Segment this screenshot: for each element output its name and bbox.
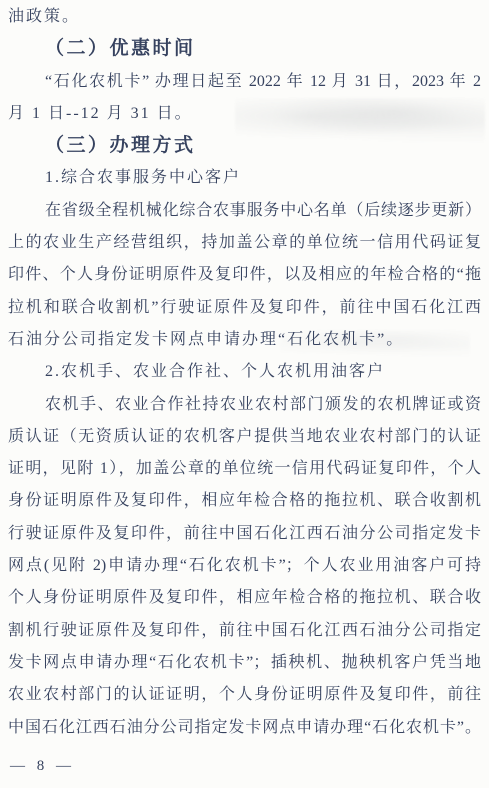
paragraph-line: 在省级全程机械化综合农事服务中心名单（后续逐步更新） (8, 195, 481, 227)
paragraph-line: “石化农机卡” 办理日起至 2022 年 12 月 31 日，2023 年 2 (8, 66, 481, 98)
paragraph-line: 证明，见附 1），加盖公章的单位统一信用代码证复印件，个人 (8, 453, 481, 485)
section-heading: （三）办理方式 (8, 130, 481, 162)
paragraph-line: 行驶证原件及复印件，前往中国石化江西石油分公司指定发卡 (8, 518, 481, 550)
paragraph-line: 割机行驶证原件及复印件，前往中国石化江西石油分公司指定 (8, 615, 481, 647)
paragraph-line: 石油分公司指定发卡网点申请办理“石化农机卡”。 (8, 324, 481, 356)
paragraph-line: 拉机和联合收割机”行驶证原件及复印件，前往中国石化江西 (8, 292, 481, 324)
paragraph-line: 农业农村部门的认证证明，个人身份证明原件及复印件，前往 (8, 679, 481, 711)
list-item-title: 2.农机手、农业合作社、个人农机用油客户 (8, 356, 481, 388)
list-item-title: 1.综合农事服务中心客户 (8, 162, 481, 194)
paragraph-line: 网点(见附 2)申请办理“石化农机卡”；个人农业用油客户可持 (8, 550, 481, 582)
paragraph-line: 发卡网点申请办理“石化农机卡”；插秧机、抛秧机客户凭当地 (8, 647, 481, 679)
paragraph-line: 上的农业生产经营组织，持加盖公章的单位统一信用代码证复 (8, 227, 481, 259)
page-number: — 8 — (10, 755, 75, 777)
paragraph-line: 个人身份证明原件及复印件，相应年检合格的拖拉机、联合收 (8, 582, 481, 614)
paragraph-line: 质认证（无资质认证的农机客户提供当地农业农村部门的认证 (8, 421, 481, 453)
paragraph-line: 农机手、农业合作社持农业农村部门颁发的农机牌证或资 (8, 389, 481, 421)
paragraph-line: 身份证明原件及复印件，相应年检合格的拖拉机、联合收割机 (8, 485, 481, 517)
paragraph-line: 印件、个人身份证明原件及复印件，以及相应的年检合格的“拖 (8, 259, 481, 291)
document-body: 油政策。 （二）优惠时间 “石化农机卡” 办理日起至 2022 年 12 月 3… (8, 1, 481, 744)
document-page: 油政策。 （二）优惠时间 “石化农机卡” 办理日起至 2022 年 12 月 3… (0, 0, 489, 788)
paragraph-line: 月 1 日--12 月 31 日。 (8, 98, 481, 130)
section-heading: （二）优惠时间 (8, 33, 481, 65)
paragraph-line: 中国石化江西石油分公司指定发卡网点申请办理“石化农机卡”。 (8, 712, 481, 744)
paragraph-line: 油政策。 (8, 1, 481, 33)
